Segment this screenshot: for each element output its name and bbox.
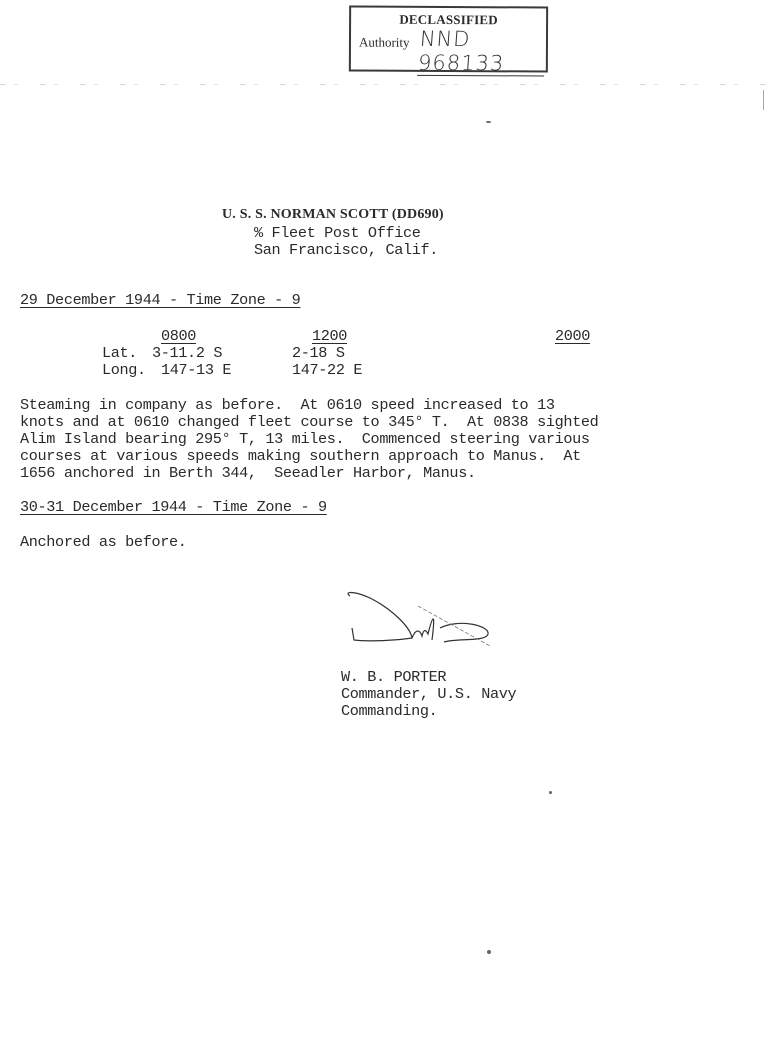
body-line: courses at various speeds making souther… (20, 448, 581, 466)
scan-speck (486, 121, 491, 123)
body-line: 1656 anchored in Berth 344, Seeadler Har… (20, 465, 476, 483)
signatory-rank: Commander, U.S. Navy (341, 686, 516, 704)
entry-heading: 30-31 December 1944 - Time Zone - 9 (20, 499, 327, 517)
scan-speck (549, 791, 552, 794)
lat-value: 2-18 S (292, 345, 345, 363)
stamp-title: DECLASSIFIED (351, 11, 546, 28)
declassified-stamp: DECLASSIFIED Authority NND 968133 (349, 5, 548, 72)
long-value: 147-13 E (161, 362, 231, 380)
body-line: Steaming in company as before. At 0610 s… (20, 397, 555, 415)
body-line: knots and at 0610 changed fleet course t… (20, 414, 598, 432)
scan-speck (487, 950, 491, 954)
handwritten-signature (340, 588, 500, 648)
scan-edge-mark (763, 90, 764, 110)
ship-name: U. S. S. NORMAN SCOTT (DD690) (222, 207, 444, 223)
position-time: 1200 (312, 328, 347, 346)
position-time: 2000 (555, 328, 590, 346)
scan-artifact-line (0, 84, 768, 85)
lat-label: Lat. (102, 345, 137, 363)
position-time: 0800 (161, 328, 196, 346)
letterhead-line-2: % Fleet Post Office (254, 225, 421, 243)
lat-value: 3-11.2 S (152, 345, 222, 363)
entry-heading: 29 December 1944 - Time Zone - 9 (20, 292, 300, 310)
body-line: Alim Island bearing 295° T, 13 miles. Co… (20, 431, 590, 449)
body-line: Anchored as before. (20, 534, 187, 552)
stamp-authority-label: Authority (359, 35, 410, 51)
long-label: Long. (102, 362, 146, 380)
signatory-name: W. B. PORTER (341, 669, 446, 687)
long-value: 147-22 E (292, 362, 362, 380)
stamp-authority-value: NND 968133 (417, 27, 548, 77)
letterhead-line-3: San Francisco, Calif. (254, 242, 438, 260)
signatory-role: Commanding. (341, 703, 437, 721)
